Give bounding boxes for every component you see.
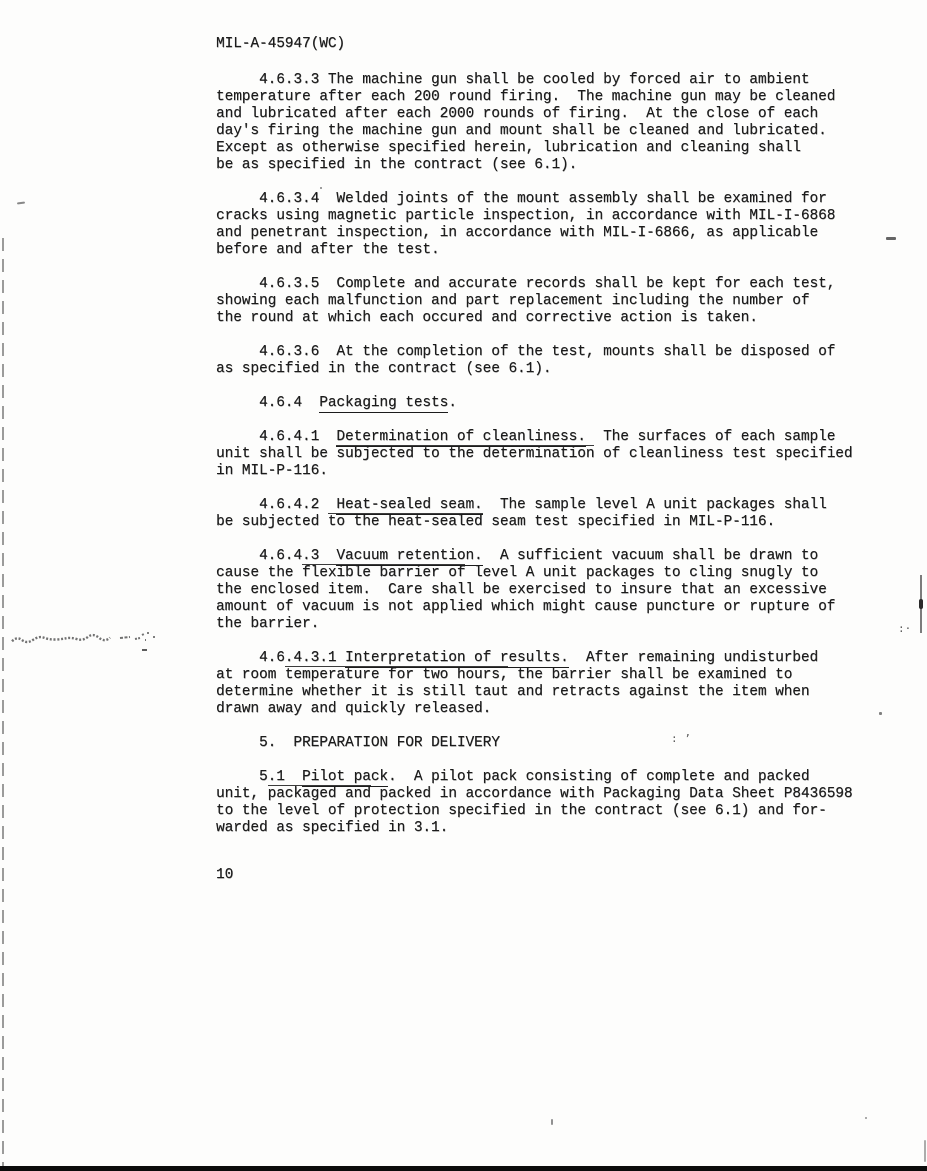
paragraph-title-underlined: Interpretation of results. [345, 650, 569, 668]
paragraph-number: 4.6.4.1 [216, 429, 336, 445]
scan-smudge-artifact [8, 628, 160, 654]
scan-speck [320, 187, 322, 189]
page-number: 10 [216, 867, 876, 884]
heading-section-5: 5. PREPARATION FOR DELIVERY [216, 735, 876, 752]
document-content: MIL-A-45947(WC) 4.6.3.3 The machine gun … [216, 36, 876, 884]
scan-speck [17, 201, 25, 204]
paragraph-4-6-3-3: 4.6.3.3 The machine gun shall be cooled … [216, 72, 876, 174]
scan-edge-line-left [2, 238, 4, 1171]
overstrike-artifact-text: to the heat-sealed [328, 513, 483, 530]
overstrike-artifact-text: flexible barrier of [302, 564, 465, 581]
paragraph-4-6-4-3-1: 4.6.4.3.1 Interpretation of results. Aft… [216, 650, 876, 718]
paragraph-4-6-4-1: 4.6.4.1 Determination of cleanliness. Th… [216, 429, 876, 480]
spec-number-header: MIL-A-45947(WC) [216, 36, 876, 53]
heading-number: 4.6.4 [216, 395, 319, 411]
document-page: MIL-A-45947(WC) 4.6.3.3 The machine gun … [0, 0, 927, 1171]
paragraph-number: 5.1 [216, 769, 302, 785]
paragraph-number: 4.6.4.2 [216, 497, 336, 513]
paragraph-4-6-3-6: 4.6.3.6 At the completion of the test, m… [216, 344, 876, 378]
scan-bottom-bar [0, 1166, 927, 1171]
paragraph-title-underlined: Vacuum retention. [336, 548, 482, 566]
paragraph-number: 4.6.4.3.1 [216, 650, 345, 666]
paragraph-4-6-3-4: 4.6.3.4 Welded joints of the mount assem… [216, 191, 876, 259]
paragraph-title-underlined: Determination of cleanliness. [336, 429, 585, 447]
paragraph-4-6-4-2: 4.6.4.2 Heat-sealed seam. The sample lev… [216, 497, 876, 531]
paragraph-4-6-4-3: 4.6.4.3 Vacuum retention. A sufficient v… [216, 548, 876, 633]
heading-period: . [448, 395, 457, 411]
scan-speck [886, 237, 896, 240]
scan-edge-blob-right [919, 599, 923, 609]
paragraph-title-underlined: Heat-sealed seam. [336, 497, 482, 515]
overstrike-artifact-text: packaged and [268, 785, 371, 802]
heading-4-6-4: 4.6.4 Packaging tests. [216, 395, 876, 412]
scan-speck [551, 1119, 553, 1125]
scan-speck [879, 712, 882, 715]
paragraph-title-underlined: Pilot pack [302, 769, 388, 787]
scan-speck [865, 1117, 867, 1119]
overstrike-artifact-text: temperature for two hours, [285, 666, 509, 683]
heading-title-underlined: Packaging tests [319, 395, 448, 413]
scan-speck [924, 1140, 926, 1162]
overstrike-artifact-text: subjected to the determination [336, 445, 594, 462]
paragraph-text: seam test specified in MIL-P-116. [483, 514, 775, 530]
paragraph-4-6-3-5: 4.6.3.5 Complete and accurate records sh… [216, 276, 876, 327]
scan-speck-colon: : ’ [671, 734, 691, 744]
scan-speck-colon: :· [898, 624, 911, 634]
paragraph-number: 4.6.4.3 [216, 548, 336, 564]
paragraph-5-1: 5.1 Pilot pack. A pilot pack consisting … [216, 769, 876, 837]
